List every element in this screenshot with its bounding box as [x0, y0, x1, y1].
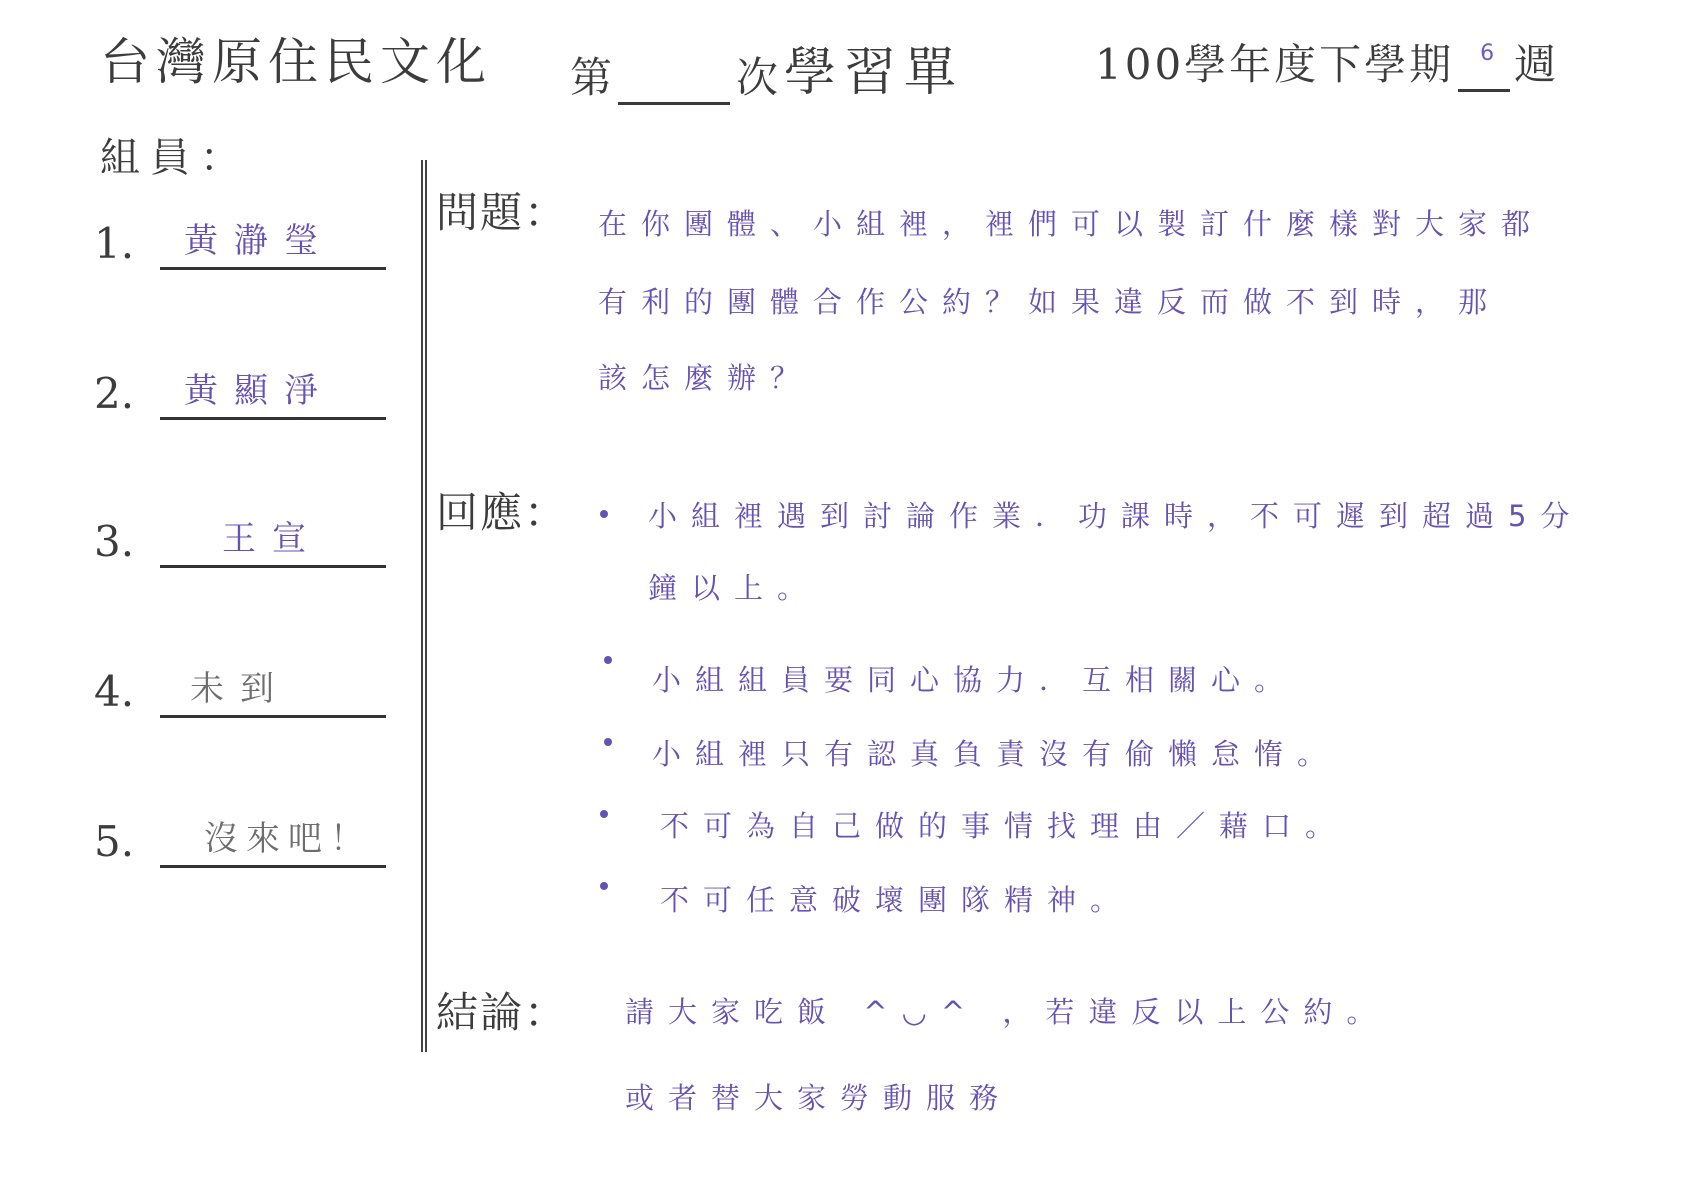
- question-text-line: 在你團體、小組裡，裡們可以製訂什麼樣對大家都: [598, 202, 1544, 243]
- worksheet-sequence: 第 次 學習單: [570, 30, 964, 105]
- response-text-line: 不可任意破壞團隊精神。: [660, 878, 1133, 919]
- member-number: 1.: [94, 219, 134, 268]
- member-number: 4.: [94, 667, 134, 716]
- week-suffix: 週: [1514, 32, 1559, 92]
- bullet-icon: [600, 810, 608, 818]
- member-number: 3.: [94, 517, 134, 566]
- member-name-line: [160, 565, 386, 568]
- response-label: 回應：: [436, 480, 568, 540]
- bullet-icon: [600, 510, 608, 518]
- members-label: 組員：: [100, 126, 250, 183]
- question-text-line: 有利的團體合作公約？如果違反而做不到時，那: [598, 280, 1501, 321]
- week-value: 6: [1480, 41, 1497, 66]
- question-label: 問題：: [436, 180, 568, 240]
- member-row: 4. 未到: [94, 658, 394, 718]
- member-name-line: [160, 267, 386, 270]
- term-info: 100學年度下學期 6 週: [1095, 32, 1559, 92]
- bullet-icon: [600, 882, 608, 890]
- member-name[interactable]: 未到: [190, 661, 290, 710]
- bullet-icon: [604, 656, 612, 664]
- bullet-icon: [604, 738, 612, 746]
- week-blank-field[interactable]: 6: [1458, 49, 1510, 92]
- member-number: 5.: [94, 817, 134, 866]
- response-text-line: 鐘以上。: [648, 566, 820, 607]
- member-name[interactable]: 沒來吧！: [204, 811, 372, 860]
- column-divider: [421, 160, 427, 1052]
- member-row: 3. 王宣: [94, 508, 394, 568]
- member-row: 5. 沒來吧！: [94, 808, 394, 868]
- response-text-line: 小組組員要同心協力．互相關心。: [652, 658, 1297, 699]
- conclusion-text-line: 請大家吃飯 ^◡^ ，若違反以上公約。: [625, 990, 1389, 1031]
- member-name[interactable]: 王宣: [222, 511, 322, 560]
- member-name[interactable]: 黃顯淨: [184, 363, 334, 412]
- conclusion-label: 結論：: [436, 980, 568, 1040]
- sequence-suffix: 次: [736, 45, 778, 105]
- member-name-line: [160, 715, 386, 718]
- question-text-line: 該怎麼辦？: [598, 356, 813, 397]
- member-row: 1. 黃瀞瑩: [94, 210, 394, 270]
- response-text-line: 不可為自己做的事情找理由／藉口。: [660, 804, 1348, 845]
- member-row: 2. 黃顯淨: [94, 360, 394, 420]
- member-number: 2.: [94, 369, 134, 418]
- response-text-line: 小組裡只有認真負責沒有偷懶怠惰。: [652, 732, 1340, 773]
- member-name-line: [160, 417, 386, 420]
- sheet-title: 學習單: [784, 30, 964, 105]
- sequence-blank-field[interactable]: [618, 62, 730, 105]
- sequence-prefix: 第: [570, 45, 612, 105]
- term-label: 100學年度下學期: [1095, 32, 1454, 92]
- member-name-line: [160, 865, 386, 868]
- response-text-line: 小組裡遇到討論作業．功課時，不可遲到超過5分: [648, 494, 1583, 535]
- member-name[interactable]: 黃瀞瑩: [184, 213, 334, 262]
- course-title: 台灣原住民文化: [100, 22, 492, 94]
- conclusion-text-line: 或者替大家勞動服務: [625, 1076, 1012, 1117]
